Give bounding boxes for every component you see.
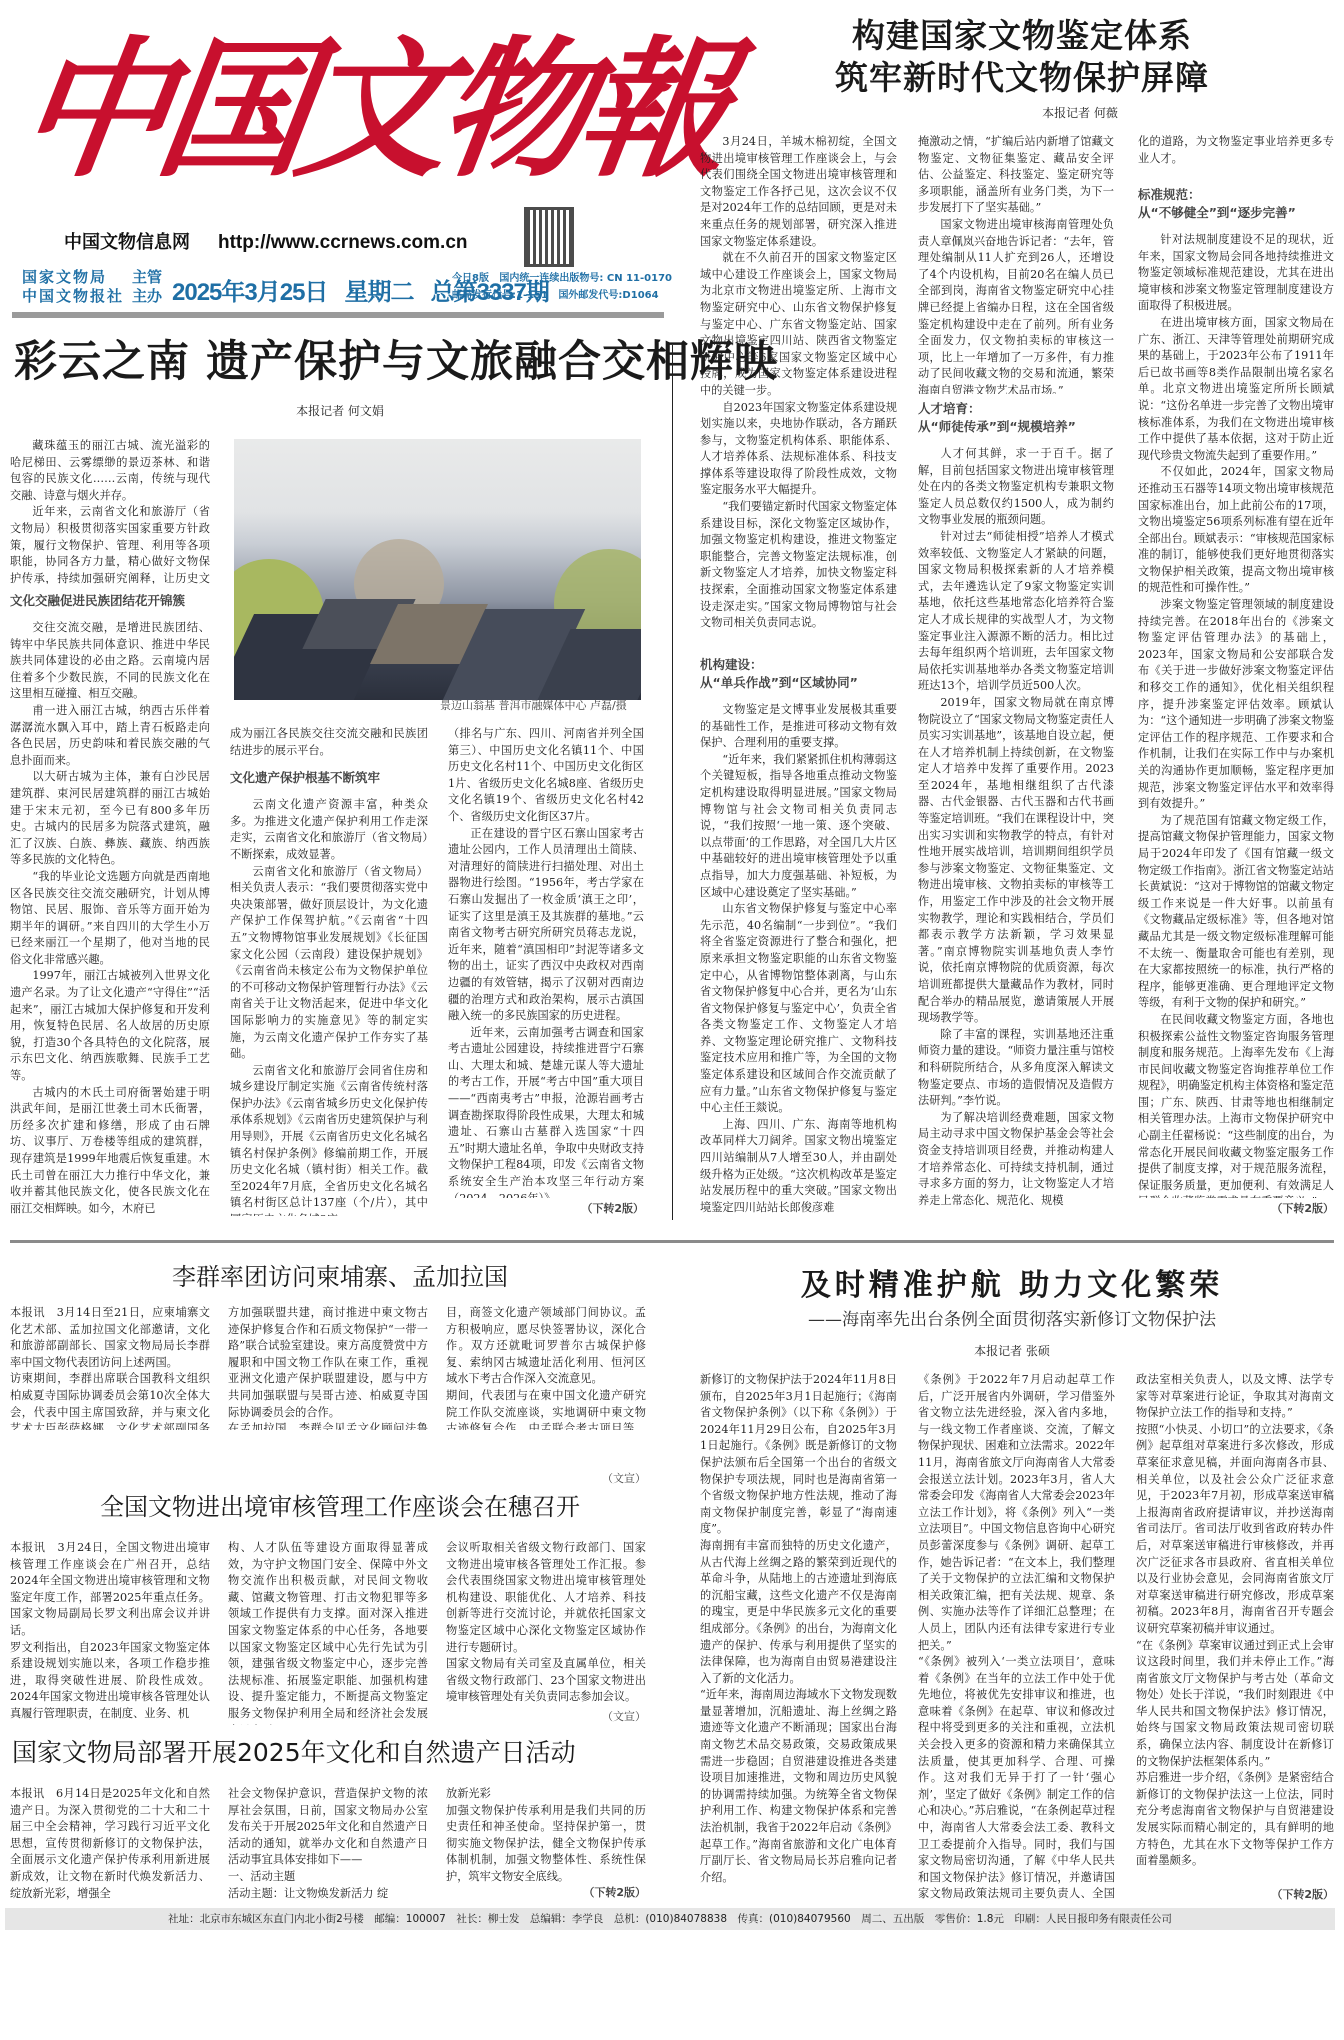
section-heading-line: 从“不够健全”到“逐步完善” <box>1138 205 1296 220</box>
article-appraisal-col1b: 机构建设：从“单兵作战”到“区域协同” 文物鉴定是文博事业发展极其重要的基础性工… <box>700 656 897 1216</box>
paragraph: 就在不久前召开的国家文物鉴定区域中心建设工作座谈会上，国家文物局为北京市文物进出… <box>700 250 897 399</box>
article-visit-title[interactable]: 李群率团访问柬埔寨、孟加拉国 <box>0 1262 680 1292</box>
section-heading-line: 机构建设： <box>700 657 763 672</box>
footer-info-bar: 社址：北京市东城区东直门内北小街2号楼 邮编：100007 社长：柳士发 总编辑… <box>5 1908 1335 1930</box>
paragraph: 不仅如此，2024年，国家文物局还推动玉石器等14项文物出境审核规范国家标准出台… <box>1138 464 1334 597</box>
paragraph: 近年来，云南加强考古调查和国家考古遗址公园建设，持续推进晋宁石寨山、大理太和城、… <box>448 1025 644 1198</box>
paragraph: “我的毕业论文选题方向就是西南地区各民族交往交流交融研究，计划从博物馆、民居、服… <box>10 869 210 969</box>
paragraph: 除了丰富的课程，实训基地还注重师资力量的建设。“师资力量注重与馆校和科研院所结合… <box>918 1027 1114 1110</box>
section-heading: 标准规范：从“不够健全”到“逐步完善” <box>1138 186 1334 222</box>
paragraph: 针对法规制度建设不足的现状，近年来，国家文物局会同各地持续推进文物鉴定领域标准规… <box>1138 232 1334 315</box>
continued-link[interactable]: （下转2版） <box>548 1200 644 1216</box>
article-appraisal-col3b: 标准规范：从“不够健全”到“逐步完善” 针对法规制度建设不足的现状，近年来，国家… <box>1138 186 1334 1198</box>
paragraph: “近年来，我们紧紧抓住机构薄弱这个关键短板，指导各地重点推动文物鉴定机构建设取得… <box>700 752 897 901</box>
masthead-divider <box>12 312 664 318</box>
pages-today: 今日8版 <box>452 273 489 284</box>
issue-date: 2025年3月25日 <box>172 279 327 306</box>
article-meeting-title[interactable]: 全国文物进出境审核管理工作座谈会在穗召开 <box>0 1492 680 1522</box>
publisher-orgs: 国家文物局 中国文物报社 <box>22 268 124 306</box>
qr-code-icon[interactable] <box>524 207 574 267</box>
paragraph: 针对过去“师徒相授”培养人才模式效率较低、文物鉴定人才紧缺的问题，国家文物局积极… <box>918 529 1114 695</box>
paragraph: 人才何其鲜，求一于百千。据了解，目前包括国家文物进出境审核管理处在内的各类文物鉴… <box>918 446 1114 529</box>
column-divider <box>672 345 673 1220</box>
section-heading-line: 人才培育： <box>918 401 981 416</box>
org-sponsor: 中国文物报社 <box>22 287 124 306</box>
role-supervisor: 主管 <box>132 268 162 287</box>
column-gap <box>672 1250 673 1900</box>
paragraph: （排名与广东、四川、河南省并列全国第三）、中国历史文化名镇11个、中国历史文化名… <box>448 726 644 826</box>
article-appraisal-col3: 化的道路，为文物鉴定事业培养更多专业人才。 <box>1138 134 1334 174</box>
paragraph: 云南文化遗产资源丰富，种类众多。为推进文化遗产保护利用工作走深走实，云南省文化和… <box>230 797 428 863</box>
paragraph: 1997年，丽江古城被列入世界文化遗产名录。为了让文化遗产“守得住”“活起来”，… <box>10 968 210 1084</box>
postal-code: 邮局发行代号:1-151 <box>452 290 548 301</box>
title-line: 筑牢新时代文物保护屏障 <box>700 57 1344 99</box>
source-tag: （文宣） <box>560 1708 646 1724</box>
issue-meta: 国家文物局 中国文物报社 主管 主办 2025年3月25日 星期二 总第3337… <box>22 268 662 310</box>
section-heading: 人才培育：从“师徒传承”到“规模培养” <box>918 400 1114 436</box>
org-supervisor: 国家文物局 <box>22 268 124 287</box>
article-appraisal-col2: 掩激动之情，“扩编后站内新增了馆藏文物鉴定、文物征集鉴定、藏品安全评估、公益鉴定… <box>918 134 1114 394</box>
foreign-code: 国外邮发代号:D1064 <box>558 290 658 301</box>
section-divider <box>10 1240 1334 1243</box>
article-hainan-col1: 新修订的文物保护法于2024年11月8日颁布，自2025年3月1日起施行；《海南… <box>700 1372 897 1904</box>
newspaper-logo: 中国文物報 <box>6 10 514 210</box>
source-tag: （文宣） <box>560 1470 646 1486</box>
section-heading-line: 从“师徒传承”到“规模培养” <box>918 419 1076 434</box>
paragraph: 掩激动之情，“扩编后站内新增了馆藏文物鉴定、文物征集鉴定、藏品安全评估、公益鉴定… <box>918 134 1114 217</box>
paragraph: 在进出境审核方面，国家文物局在广东、浙江、天津等管理处前期研究成果的基础上，于2… <box>1138 315 1334 464</box>
article-meeting-col3: 会议听取相关省级文物行政部门、国家文物进出境审核各管理处工作汇报。参会代表围绕国… <box>446 1540 646 1725</box>
issue-weekday: 星期二 <box>344 279 413 306</box>
paragraph: 化的道路，为文物鉴定事业培养更多专业人才。 <box>1138 134 1334 167</box>
site-url-link[interactable]: http://www.ccrnews.com.cn <box>218 232 468 253</box>
paragraph: 涉案文物鉴定管理领域的制度建设持续完善。在2018年出台的《涉案文物鉴定评估管理… <box>1138 597 1334 813</box>
paragraph: 在民间收藏文物鉴定方面，各地也积极探索公益性文物鉴定咨询服务管理制度和服务规范。… <box>1138 1012 1334 1198</box>
publisher-roles: 主管 主办 <box>132 268 162 306</box>
section-heading-line: 标准规范： <box>1138 187 1201 202</box>
role-sponsor: 主办 <box>132 287 162 306</box>
paragraph: 2019年，国家文物局就在南京博物院设立了“国家文物局文物鉴定责任人员实习实训基… <box>918 695 1114 1027</box>
website-line: 中国文物信息网http://www.ccrnews.com.cn <box>64 228 468 254</box>
article-yunnan-photo[interactable] <box>234 439 641 700</box>
title-line: 构建国家文物鉴定体系 <box>700 15 1344 57</box>
paragraph: 交往交流交融，是增进民族团结、铸牢中华民族共同体意识、推进中华民族共同体建设的必… <box>10 620 210 703</box>
article-hainan-title[interactable]: 及时精准护航 助力文化繁荣 <box>680 1262 1344 1310</box>
section-heading-line: 从“单兵作战”到“区域协同” <box>700 675 858 690</box>
article-heritage-day-col1: 本报讯 6月14日是2025年文化和自然遗产日。为深入贯彻党的二十大和二十届三中… <box>10 1786 210 1901</box>
paragraph: 甫一进入丽江古城，纳西古乐伴着潺潺流水飘入耳中，踏上青石板路走向各色民居，历史韵… <box>10 703 210 769</box>
article-visit-col3: 目，商签文化遗产领域部门间协议。孟方积极响应，愿尽快签署协议，深化合作。双方还就… <box>446 1305 646 1430</box>
site-name: 中国文物信息网 <box>64 232 190 253</box>
article-yunnan-col2: 成为丽江各民族交往交流交融和民族团结进步的展示平台。 文化遗产保护根基不断筑牢 … <box>230 726 428 1216</box>
article-appraisal-title[interactable]: 构建国家文物鉴定体系 筑牢新时代文物保护屏障 <box>700 15 1344 99</box>
section-heading: 机构建设：从“单兵作战”到“区域协同” <box>700 656 897 692</box>
article-yunnan-byline: 本报记者 何文娟 <box>0 402 680 419</box>
cn-number: 国内统一连续出版物号: CN 11-0170 <box>499 273 672 284</box>
article-visit-col2: 方加强联盟共建，商讨推进中柬文物古迹保护修复合作和石质文物保护“一带一路”联合试… <box>228 1305 428 1430</box>
publication-codes: 今日8版 国内统一连续出版物号: CN 11-0170 邮局发行代号:1-151… <box>452 270 672 304</box>
article-heritage-day-col2: 社会文物保护意识，营造保护文物的浓厚社会氛围，日前，国家文物局办公室发布关于开展… <box>228 1786 428 1901</box>
paragraph: 古城内的木氏土司府衙署始建于明洪武年间，是丽江世袭土司木氏衙署，历经多次扩建和修… <box>10 1085 210 1218</box>
article-appraisal-byline: 本报记者 何薇 <box>1000 104 1160 121</box>
article-meeting-col2: 构、人才队伍等建设方面取得显著成效，为守护文物国门安全、保障中外文物交流作出积极… <box>228 1540 428 1725</box>
continued-link[interactable]: （下转2版） <box>1240 1200 1334 1216</box>
paragraph: 自2023年国家文物鉴定体系建设规划实施以来，央地协作联动，各方踊跃参与，文物鉴… <box>700 400 897 500</box>
paragraph: 云南省文化和旅游厅（省文物局）相关负责人表示：“我们要贯彻落实党中央决策部署，做… <box>230 864 428 1063</box>
article-hainan-col2: 《条例》于2022年7月启动起草工作后，广泛开展省内外调研，学习借鉴外省文物立法… <box>918 1372 1115 1904</box>
paragraph: 国家文物进出境审核海南管理处负责人章佩岚兴奋地告诉记者：“去年，管理处编制从11… <box>918 217 1114 394</box>
paragraph: 为了规范国有馆藏文物定级工作，提高馆藏文物保护管理能力，国家文物局于2024年印… <box>1138 813 1334 1012</box>
section-heading: 文化交融促进民族团结花开锦簇 <box>10 592 210 610</box>
continued-link[interactable]: （下转2版） <box>560 1884 646 1900</box>
article-yunnan-title[interactable]: 彩云之南 遗产保护与文旅融合交相辉映 <box>14 338 778 386</box>
paragraph: 以大研古城为主体，兼有白沙民居建筑群、束河民居建筑群的丽江古城始建于宋末元初，至… <box>10 769 210 869</box>
paragraph: 山东省文物保护修复与鉴定中心率先示范，40名编制“一步到位”。“我们将全省鉴定资… <box>700 901 897 1117</box>
paragraph: 3月24日，羊城木棉初绽，全国文物进出境审核管理工作座谈会上，与会代表们围绕全国… <box>700 134 897 250</box>
article-appraisal-col1: 3月24日，羊城木棉初绽，全国文物进出境审核管理工作座谈会上，与会代表们围绕全国… <box>700 134 897 654</box>
article-meeting-col1: 本报讯 3月24日，全国文物进出境审核管理工作座谈会在广州召开，总结2024年全… <box>10 1540 210 1725</box>
article-heritage-day-title[interactable]: 国家文物局部署开展2025年文化和自然遗产日活动 <box>12 1738 672 1768</box>
article-heritage-day-col3: 放新光彩 加强文物保护传承利用是我们共同的历史责任和神圣使命。坚持保护第一，贯彻… <box>446 1786 646 1886</box>
paragraph: 为了解决培训经费难题，国家文物局主动寻求中国文物保护基金会等社会资金支持培训项目… <box>918 1110 1114 1210</box>
article-hainan-col3: 政法室相关负责人，以及文博、法学专家等对草案进行论证，争取其对海南文物保护立法工… <box>1136 1372 1334 1884</box>
photo-caption: 景迈山翁基 普洱市融媒体中心 卢磊/摄 <box>440 697 627 713</box>
article-hainan-byline: 本报记者 张硕 <box>680 1342 1344 1359</box>
section-heading: 文化遗产保护根基不断筑牢 <box>230 769 428 787</box>
article-yunnan-col3: （排名与广东、四川、河南省并列全国第三）、中国历史文化名镇11个、中国历史文化名… <box>448 726 644 1198</box>
paragraph: 正在建设的晋宁区石寨山国家考古遗址公园内，工作人员清理出土简牍、对清理好的简牍进… <box>448 826 644 1025</box>
paragraph: 成为丽江各民族交往交流交融和民族团结进步的展示平台。 <box>230 726 428 759</box>
article-yunnan-col1: 藏珠蕴玉的丽江古城、流光溢彩的哈尼梯田、云雾缥缈的景迈茶林、和谐包容的民族文化…… <box>10 438 210 584</box>
paragraph: 藏珠蕴玉的丽江古城、流光溢彩的哈尼梯田、云雾缥缈的景迈茶林、和谐包容的民族文化…… <box>10 438 210 504</box>
paragraph: 文物鉴定是文博事业发展极其重要的基础性工作，是推进可移动文物有效保护、合理利用的… <box>700 702 897 752</box>
paragraph: 云南省文化和旅游厅会同省住房和城乡建设厅制定实施《云南省传统村落保护办法》《云南… <box>230 1063 428 1216</box>
paragraph: “我们要锚定新时代国家文物鉴定体系建设目标，深化文物鉴定区域协作，加强文物鉴定机… <box>700 499 897 632</box>
continued-link[interactable]: （下转2版） <box>1250 1886 1334 1902</box>
article-visit-col1: 本报讯 3月14日至21日，应柬埔寨文化艺术部、孟加拉国文化部邀请，文化和旅游部… <box>10 1305 210 1430</box>
article-appraisal-col2b: 人才培育：从“师徒传承”到“规模培养” 人才何其鲜，求一于百千。据了解，目前包括… <box>918 400 1114 1218</box>
article-yunnan-col1b: 文化交融促进民族团结花开锦簇 交往交流交融，是增进民族团结、铸牢中华民族共同体意… <box>10 582 210 1220</box>
paragraph: 近年来，云南省文化和旅游厅（省文物局）积极贯彻落实国家重要方针政策，履行文物保护… <box>10 504 210 584</box>
paragraph: 上海、四川、广东、海南等地机构改革同样大刀阔斧。国家文物出境鉴定四川站编制从7人… <box>700 1117 897 1216</box>
article-hainan-subtitle: ——海南率先出台条例全面贯彻落实新修订文物保护法 <box>680 1305 1344 1335</box>
